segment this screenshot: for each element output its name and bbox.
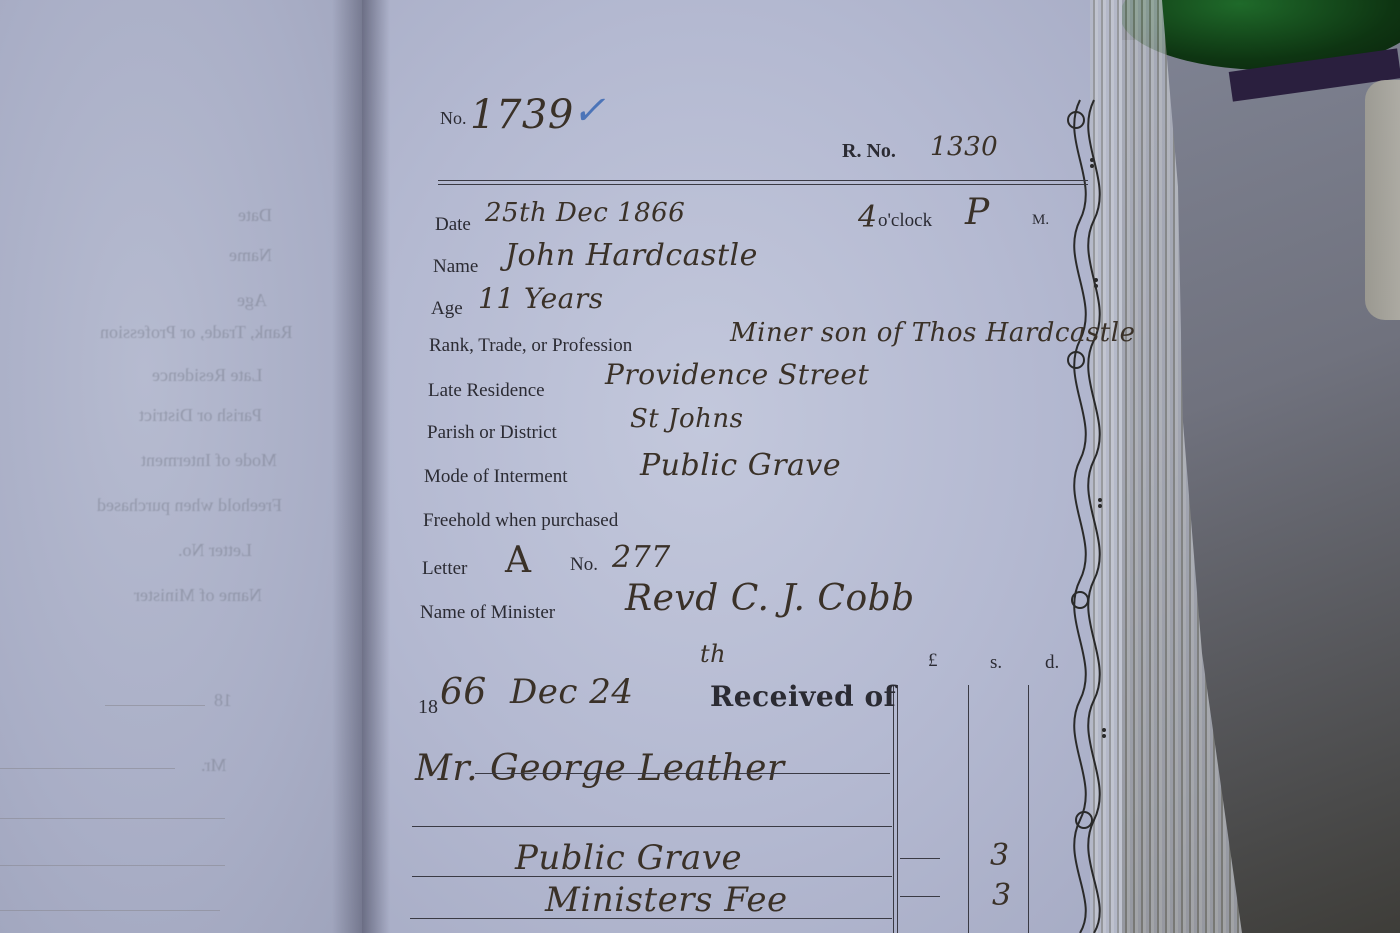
- shillings-column-header: s.: [990, 652, 1002, 674]
- column-divider: [968, 685, 969, 933]
- column-divider: [893, 685, 894, 933]
- receipt-date: Dec 24: [510, 672, 634, 712]
- left-gutter-shadow: [332, 0, 362, 933]
- decorative-scroll-border-icon: [1060, 20, 1250, 933]
- ghost-footer: Mr.: [201, 755, 227, 776]
- receipt-number-value: 1330: [930, 132, 998, 162]
- ghost-label: Late Residence: [152, 365, 262, 386]
- profession-value: Miner son of Thos Hardcastle: [730, 318, 1135, 348]
- pounds-column-header: £: [928, 650, 938, 672]
- oclock-label: o'clock: [878, 210, 932, 232]
- late-residence-value: Providence Street: [605, 358, 869, 391]
- ghost-rule: [0, 865, 225, 866]
- received-of-label: Received of: [710, 680, 896, 713]
- ghost-label: Rank, Trade, or Profession: [100, 322, 293, 343]
- entry-number-label: No.: [440, 108, 467, 129]
- meridiem-suffix: M.: [1032, 212, 1049, 229]
- ghost-rule: [0, 910, 220, 911]
- receipt-item-1: Public Grave: [515, 838, 742, 878]
- receipt-rule: [410, 918, 892, 919]
- freehold-label: Freehold when purchased: [423, 510, 618, 532]
- spine-shadow: [362, 0, 390, 933]
- column-divider: [1028, 685, 1029, 933]
- age-value: 11 Years: [478, 282, 604, 315]
- pounds-dash: [900, 896, 940, 897]
- receipt-rule: [412, 876, 892, 877]
- ghost-rule: [105, 705, 205, 706]
- receipt-rule: [412, 826, 892, 827]
- pence-column-header: d.: [1045, 652, 1059, 674]
- receipt-item-2: Ministers Fee: [545, 880, 788, 920]
- profession-label: Rank, Trade, or Profession: [429, 335, 632, 357]
- ghost-label: Age: [237, 290, 267, 311]
- date-label: Date: [435, 214, 471, 236]
- plot-number-value: 277: [612, 540, 671, 575]
- receipt-year-prefix: 18: [418, 696, 438, 719]
- ghost-rule: [0, 768, 175, 769]
- ghost-label: Name of Minister: [134, 585, 262, 606]
- check-mark-icon: ✓: [572, 88, 606, 134]
- ghost-footer: 18: [214, 690, 232, 711]
- name-label: Name: [433, 256, 478, 278]
- minister-label: Name of Minister: [420, 602, 555, 624]
- ghost-label: Mode of Interment: [141, 450, 277, 471]
- receipt-number-label: R. No.: [842, 140, 896, 163]
- receipt-date-suffix: th: [700, 640, 726, 668]
- hour-value: 4: [858, 200, 878, 235]
- photo-scene: Date Name Age Rank, Trade, or Profession…: [0, 0, 1400, 933]
- parish-value: St Johns: [630, 404, 743, 434]
- plot-number-label: No.: [570, 554, 598, 576]
- late-residence-label: Late Residence: [428, 380, 545, 402]
- age-label: Age: [431, 298, 463, 320]
- ghost-label: Freehold when purchased: [97, 495, 282, 516]
- pounds-dash: [900, 858, 940, 859]
- ghost-label: Date: [238, 205, 272, 226]
- ghost-label: Letter No.: [178, 540, 252, 561]
- payer-value: Mr. George Leather: [415, 748, 785, 789]
- receipt-item-2-shillings: 3: [992, 878, 1012, 913]
- date-value: 25th Dec 1866: [485, 198, 685, 228]
- parish-label: Parish or District: [427, 422, 557, 444]
- receipt-item-1-shillings: 3: [990, 838, 1010, 873]
- letter-label: Letter: [422, 558, 467, 580]
- header-double-rule: [438, 184, 1088, 185]
- entry-number-value: 1739: [470, 92, 574, 138]
- am-pm-value: P: [965, 192, 990, 233]
- receipt-year-suffix: 66: [440, 672, 487, 713]
- ghost-label: Name: [229, 245, 272, 266]
- cream-object-background: [1365, 80, 1400, 320]
- header-double-rule: [438, 180, 1088, 181]
- column-divider: [897, 685, 898, 933]
- ghost-rule: [0, 818, 225, 819]
- left-page: Date Name Age Rank, Trade, or Profession…: [0, 0, 362, 933]
- minister-value: Revd C. J. Cobb: [625, 578, 915, 619]
- letter-value: A: [505, 540, 532, 581]
- receipt-rule: [475, 773, 890, 774]
- mode-of-interment-value: Public Grave: [640, 448, 841, 483]
- ghost-label: Parish or District: [139, 405, 262, 426]
- name-value: John Hardcastle: [505, 238, 758, 273]
- mode-of-interment-label: Mode of Interment: [424, 466, 568, 488]
